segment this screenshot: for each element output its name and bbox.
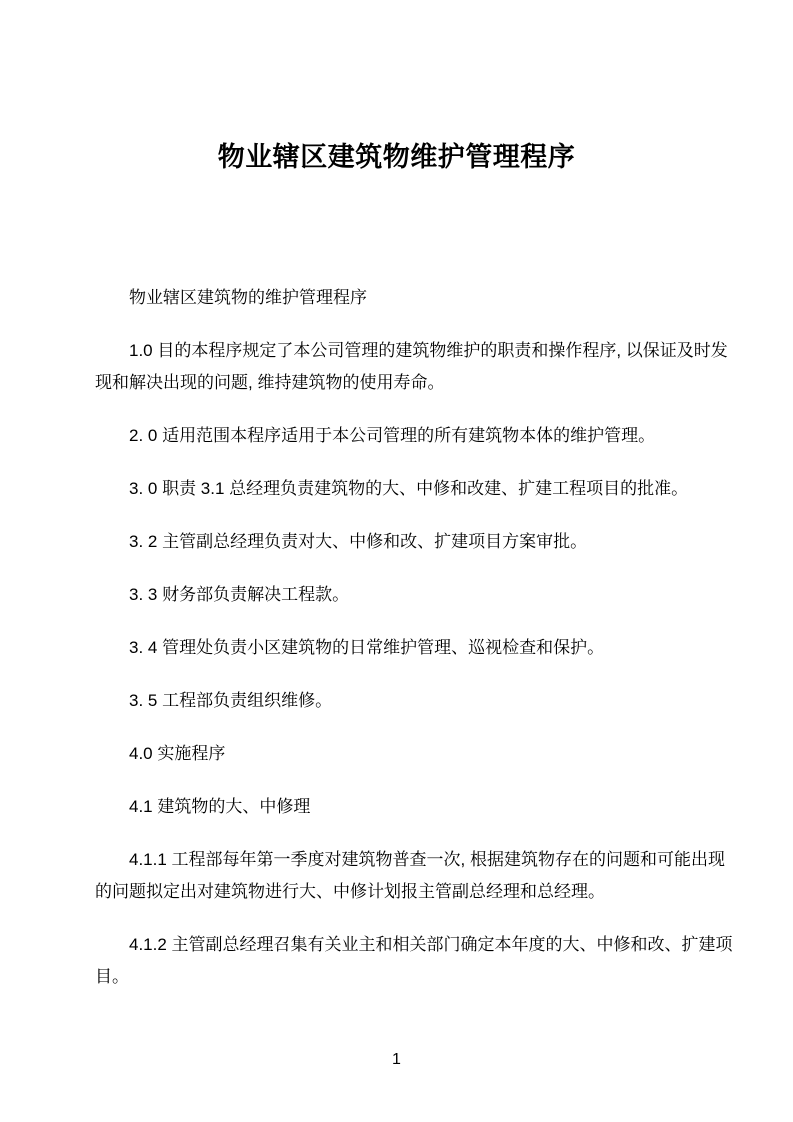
paragraph-2-0-scope: 2. 0 适用范围本程序适用于本公司管理的所有建筑物本体的维护管理。 (95, 420, 737, 452)
page-number: 1 (0, 1048, 793, 1072)
paragraph-3-0-duties: 3. 0 职责 3.1 总经理负责建筑物的大、中修和改建、扩建工程项目的批准。 (95, 473, 737, 505)
paragraph-4-1: 4.1 建筑物的大、中修理 (95, 791, 737, 823)
paragraph-subtitle: 物业辖区建筑物的维护管理程序 (95, 282, 737, 314)
paragraph-3-2: 3. 2 主管副总经理负责对大、中修和改、扩建项目方案审批。 (95, 526, 737, 558)
document-page: 物业辖区建筑物维护管理程序 物业辖区建筑物的维护管理程序 1.0 目的本程序规定… (0, 0, 793, 1122)
paragraph-3-3: 3. 3 财务部负责解决工程款。 (95, 579, 737, 611)
paragraph-4-1-1: 4.1.1 工程部每年第一季度对建筑物普查一次, 根据建筑物存在的问题和可能出现… (95, 844, 737, 908)
paragraph-1-0-purpose: 1.0 目的本程序规定了本公司管理的建筑物维护的职责和操作程序, 以保证及时发现… (95, 335, 737, 399)
document-body: 物业辖区建筑物的维护管理程序 1.0 目的本程序规定了本公司管理的建筑物维护的职… (95, 175, 737, 993)
paragraph-3-5: 3. 5 工程部负责组织维修。 (95, 685, 737, 717)
paragraph-4-1-2: 4.1.2 主管副总经理召集有关业主和相关部门确定本年度的大、中修和改、扩建项目… (95, 929, 737, 993)
paragraph-4-0-implementation: 4.0 实施程序 (95, 738, 737, 770)
document-title: 物业辖区建筑物维护管理程序 (0, 0, 793, 175)
paragraph-3-4: 3. 4 管理处负责小区建筑物的日常维护管理、巡视检查和保护。 (95, 632, 737, 664)
